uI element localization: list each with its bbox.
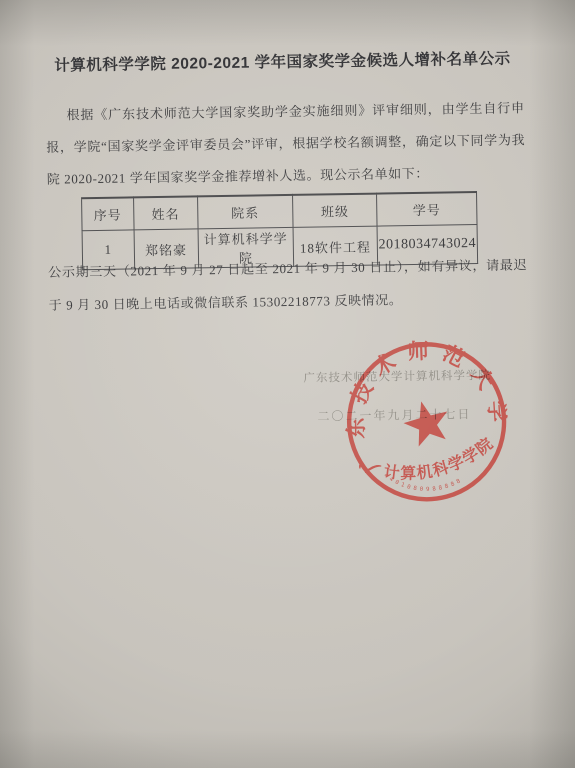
col-header-department: 院系 (197, 195, 293, 229)
document-photo: 计算机科学学院 2020-2021 学年国家奖学金候选人增补名单公示 根据《广东… (0, 0, 575, 768)
official-seal-stamp: 广东技术师范大学 计算机科学学院 4401080988888 (319, 314, 534, 529)
page-title: 计算机科学学院 2020-2021 学年国家奖学金候选人增补名单公示 (25, 46, 540, 76)
notice-paragraph: 公示期三天（2021 年 9 月 27 日起至 2021 年 9 月 30 日止… (48, 248, 528, 322)
col-header-student-id: 学号 (376, 192, 477, 226)
col-header-index: 序号 (82, 197, 134, 230)
col-header-name: 姓名 (133, 196, 197, 229)
stamp-star (399, 396, 454, 449)
intro-paragraph: 根据《广东技术师范大学国家奖助学金实施细则》评审细则，由学生自行申报，学院“国家… (46, 92, 526, 196)
announcement-page: 计算机科学学院 2020-2021 学年国家奖学金候选人增补名单公示 根据《广东… (0, 0, 575, 768)
col-header-class: 班级 (293, 194, 377, 228)
